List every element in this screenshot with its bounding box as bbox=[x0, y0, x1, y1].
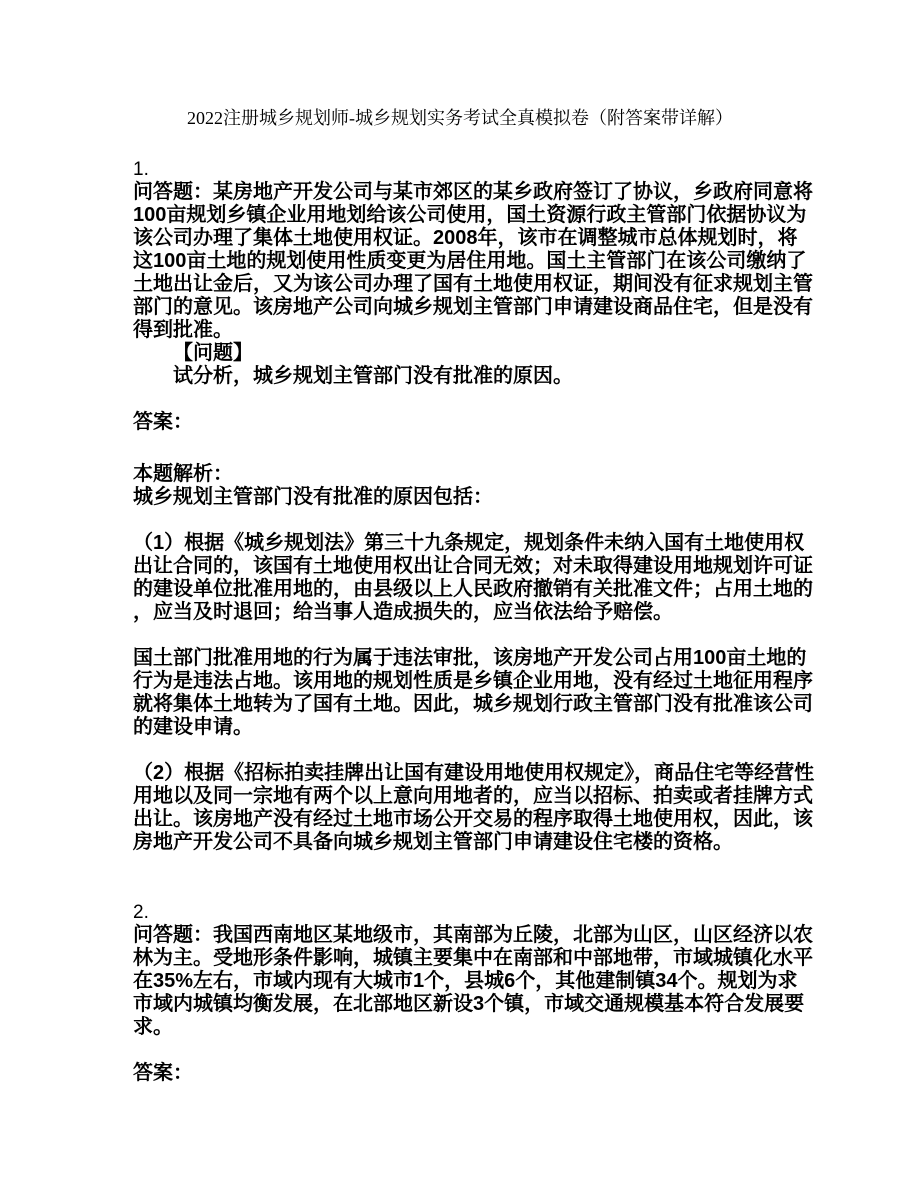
question-1-analysis-paragraph-1: （1）根据《城乡规划法》第三十九条规定，规划条件未纳入国有土地使用权出让合同的，… bbox=[133, 532, 815, 624]
question-1-answer-label: 答案： bbox=[133, 411, 815, 434]
question-1-number: 1. bbox=[133, 158, 815, 181]
question-2-number: 2. bbox=[133, 901, 815, 924]
question-1-subquestion: 试分析，城乡规划主管部门没有批准的原因。 bbox=[133, 365, 815, 388]
question-2-type-label: 问答题： bbox=[133, 924, 213, 946]
question-2-stem: 问答题：我国西南地区某地级市，其南部为丘陵，北部为山区，山区经济以农林为主。受地… bbox=[133, 924, 815, 1039]
question-1-stem-text: 某房地产开发公司与某市郊区的某乡政府签订了协议，乡政府同意将100亩规划乡镇企业… bbox=[133, 181, 813, 341]
document-body: 1. 问答题：某房地产开发公司与某市郊区的某乡政府签订了协议，乡政府同意将100… bbox=[133, 158, 815, 1085]
question-1-analysis-label: 本题解析： bbox=[133, 463, 815, 486]
question-2-answer-label: 答案： bbox=[133, 1062, 815, 1085]
question-2: 2. 问答题：我国西南地区某地级市，其南部为丘陵，北部为山区，山区经济以农林为主… bbox=[133, 901, 815, 1085]
question-1-stem: 问答题：某房地产开发公司与某市郊区的某乡政府签订了协议，乡政府同意将100亩规划… bbox=[133, 181, 815, 342]
document-title: 2022注册城乡规划师-城乡规划实务考试全真模拟卷（附答案带详解） bbox=[0, 107, 920, 129]
question-1-analysis-paragraph-3: （2）根据《招标拍卖挂牌出让国有建设用地使用权规定》，商品住宅等经营性用地以及同… bbox=[133, 762, 815, 854]
question-1-analysis-intro: 城乡规划主管部门没有批准的原因包括： bbox=[133, 486, 815, 509]
question-2-stem-text: 我国西南地区某地级市，其南部为丘陵，北部为山区，山区经济以农林为主。受地形条件影… bbox=[133, 924, 813, 1038]
document-page: 2022注册城乡规划师-城乡规划实务考试全真模拟卷（附答案带详解） 1. 问答题… bbox=[0, 0, 920, 1085]
question-1-type-label: 问答题： bbox=[133, 181, 213, 203]
question-1-analysis-paragraph-2: 国土部门批准用地的行为属于违法审批，该房地产开发公司占用100亩土地的行为是违法… bbox=[133, 647, 815, 739]
question-1: 1. 问答题：某房地产开发公司与某市郊区的某乡政府签订了协议，乡政府同意将100… bbox=[133, 158, 815, 854]
question-1-subheading: 【问题】 bbox=[133, 342, 815, 365]
